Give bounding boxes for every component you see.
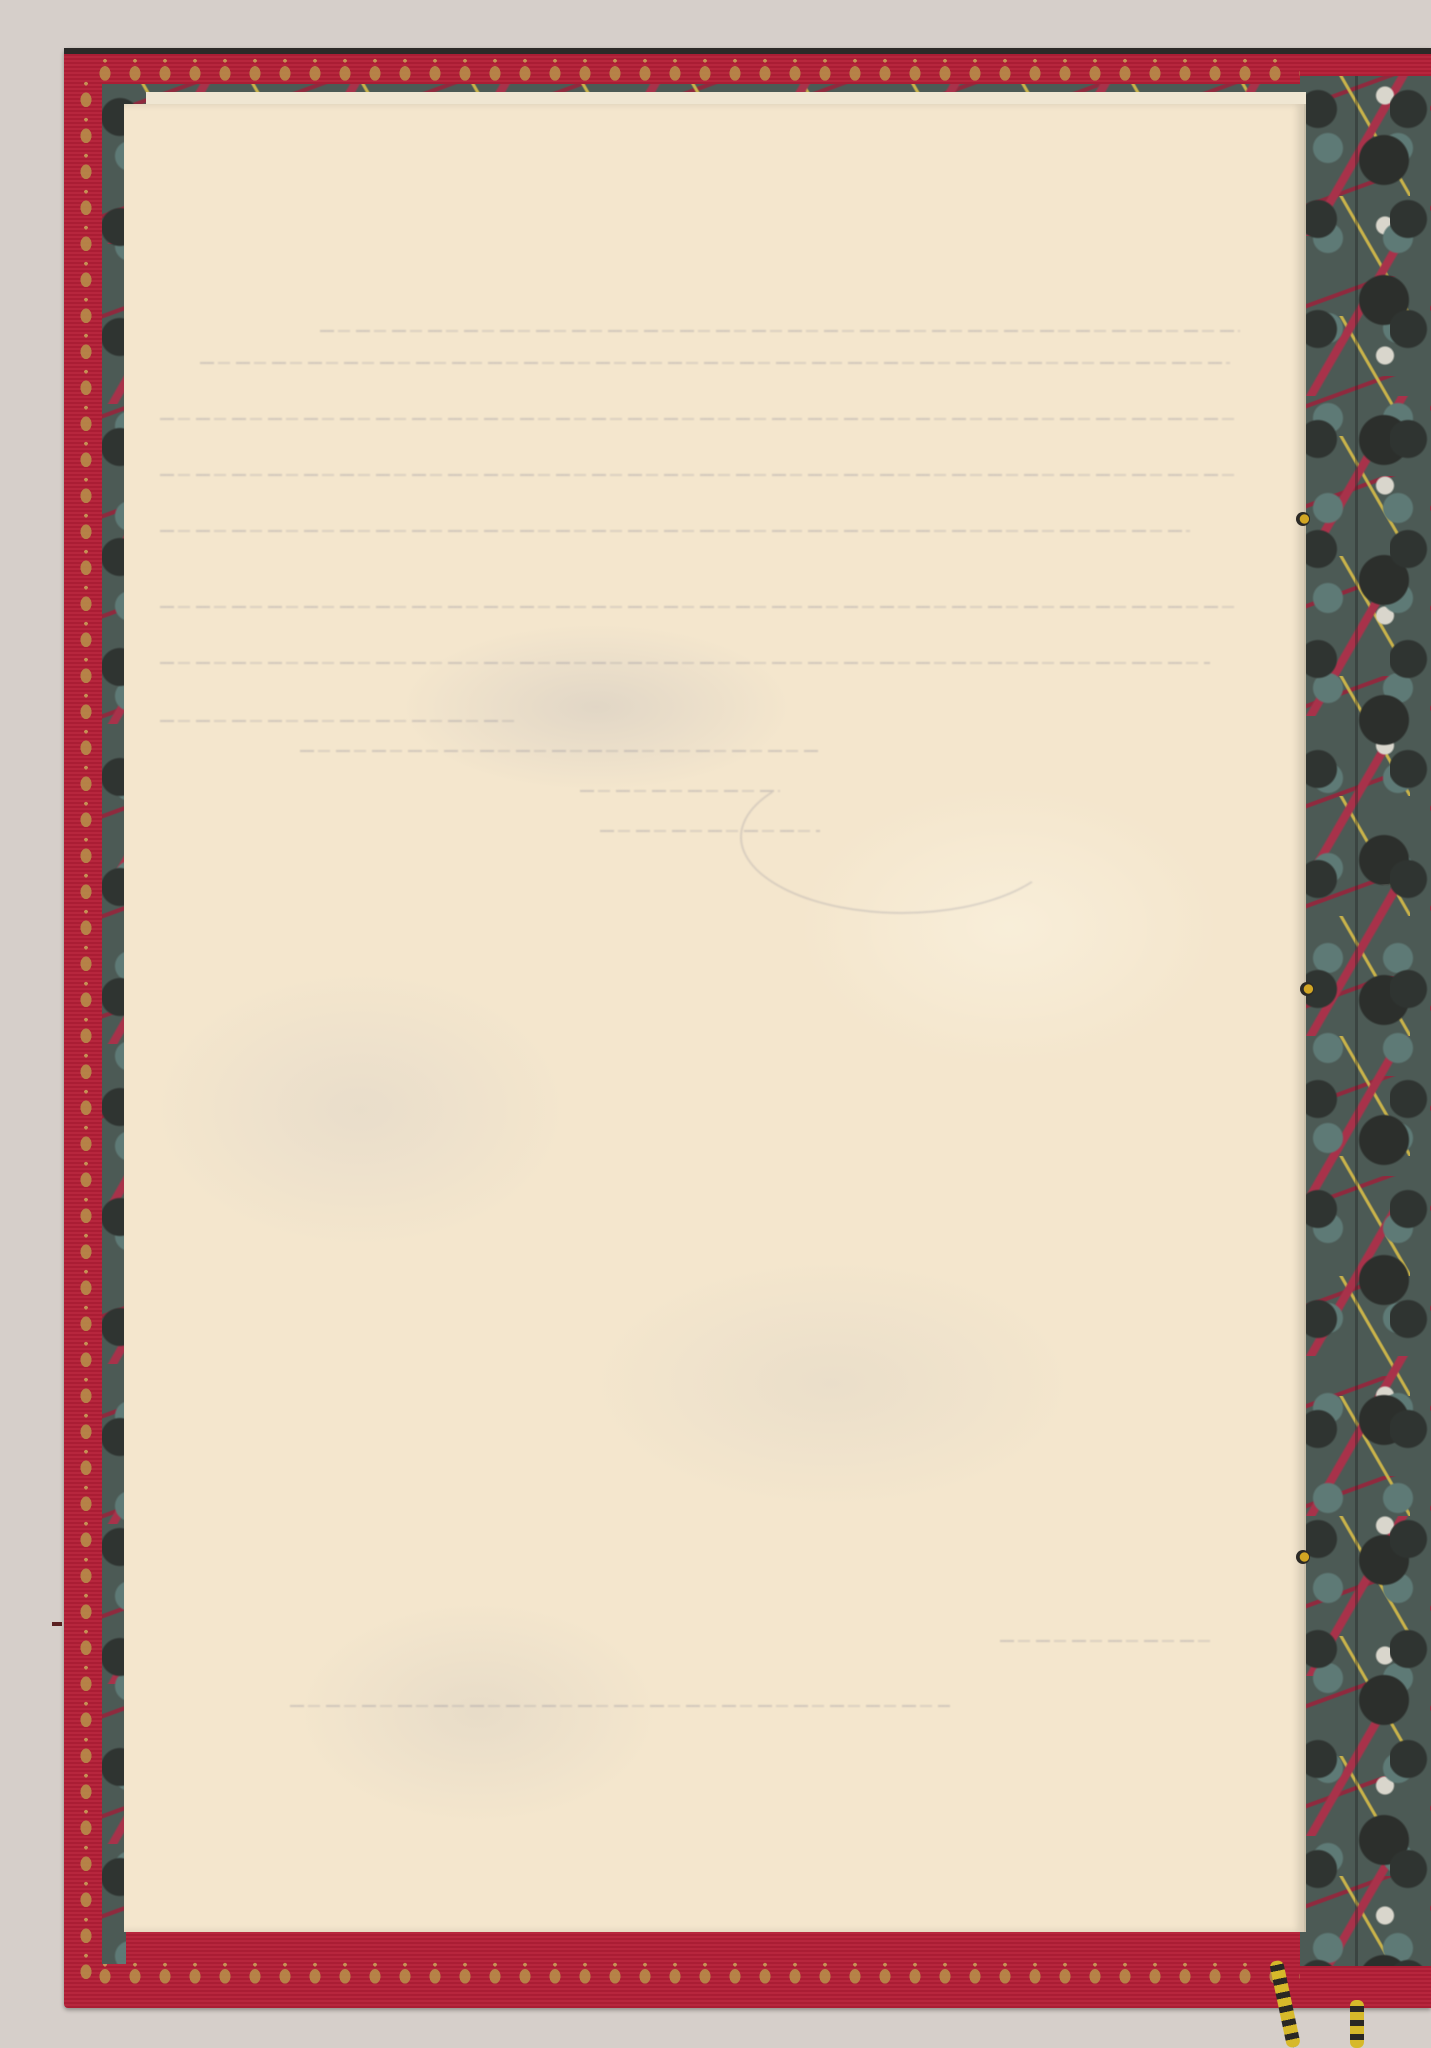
gilt-border-bottom xyxy=(90,1962,1300,1988)
bleed-through-line xyxy=(300,750,820,752)
bleed-through-line xyxy=(160,474,1240,476)
bleed-through-line xyxy=(320,330,1240,332)
gilt-border-top xyxy=(90,58,1300,86)
marbled-endpaper-left xyxy=(102,84,126,1964)
bleed-through-flourish xyxy=(740,760,1064,914)
endpaper-fold xyxy=(1355,76,1358,1966)
ribbon-cord-right xyxy=(1350,2000,1364,2048)
marbled-endpaper-right xyxy=(1300,76,1431,1966)
bleed-through-line xyxy=(160,720,520,722)
cover-top-edge xyxy=(64,48,1431,54)
binding-tie-top xyxy=(1296,512,1310,526)
binding-tie-lower xyxy=(1296,1550,1310,1564)
bleed-through-line xyxy=(580,790,780,792)
gilt-border-left xyxy=(70,80,102,1980)
bleed-through-line xyxy=(1000,1640,1210,1642)
bleed-through-line xyxy=(290,1705,950,1707)
bleed-through-line xyxy=(160,418,1240,420)
bleed-through-line xyxy=(160,606,1240,608)
bleed-through-line xyxy=(200,362,1230,364)
loose-thread xyxy=(52,1622,62,1626)
bleed-through-line xyxy=(160,530,1190,532)
bleed-through-line xyxy=(160,662,1210,664)
blank-page xyxy=(124,104,1306,1932)
binding-tie-middle xyxy=(1300,982,1314,996)
